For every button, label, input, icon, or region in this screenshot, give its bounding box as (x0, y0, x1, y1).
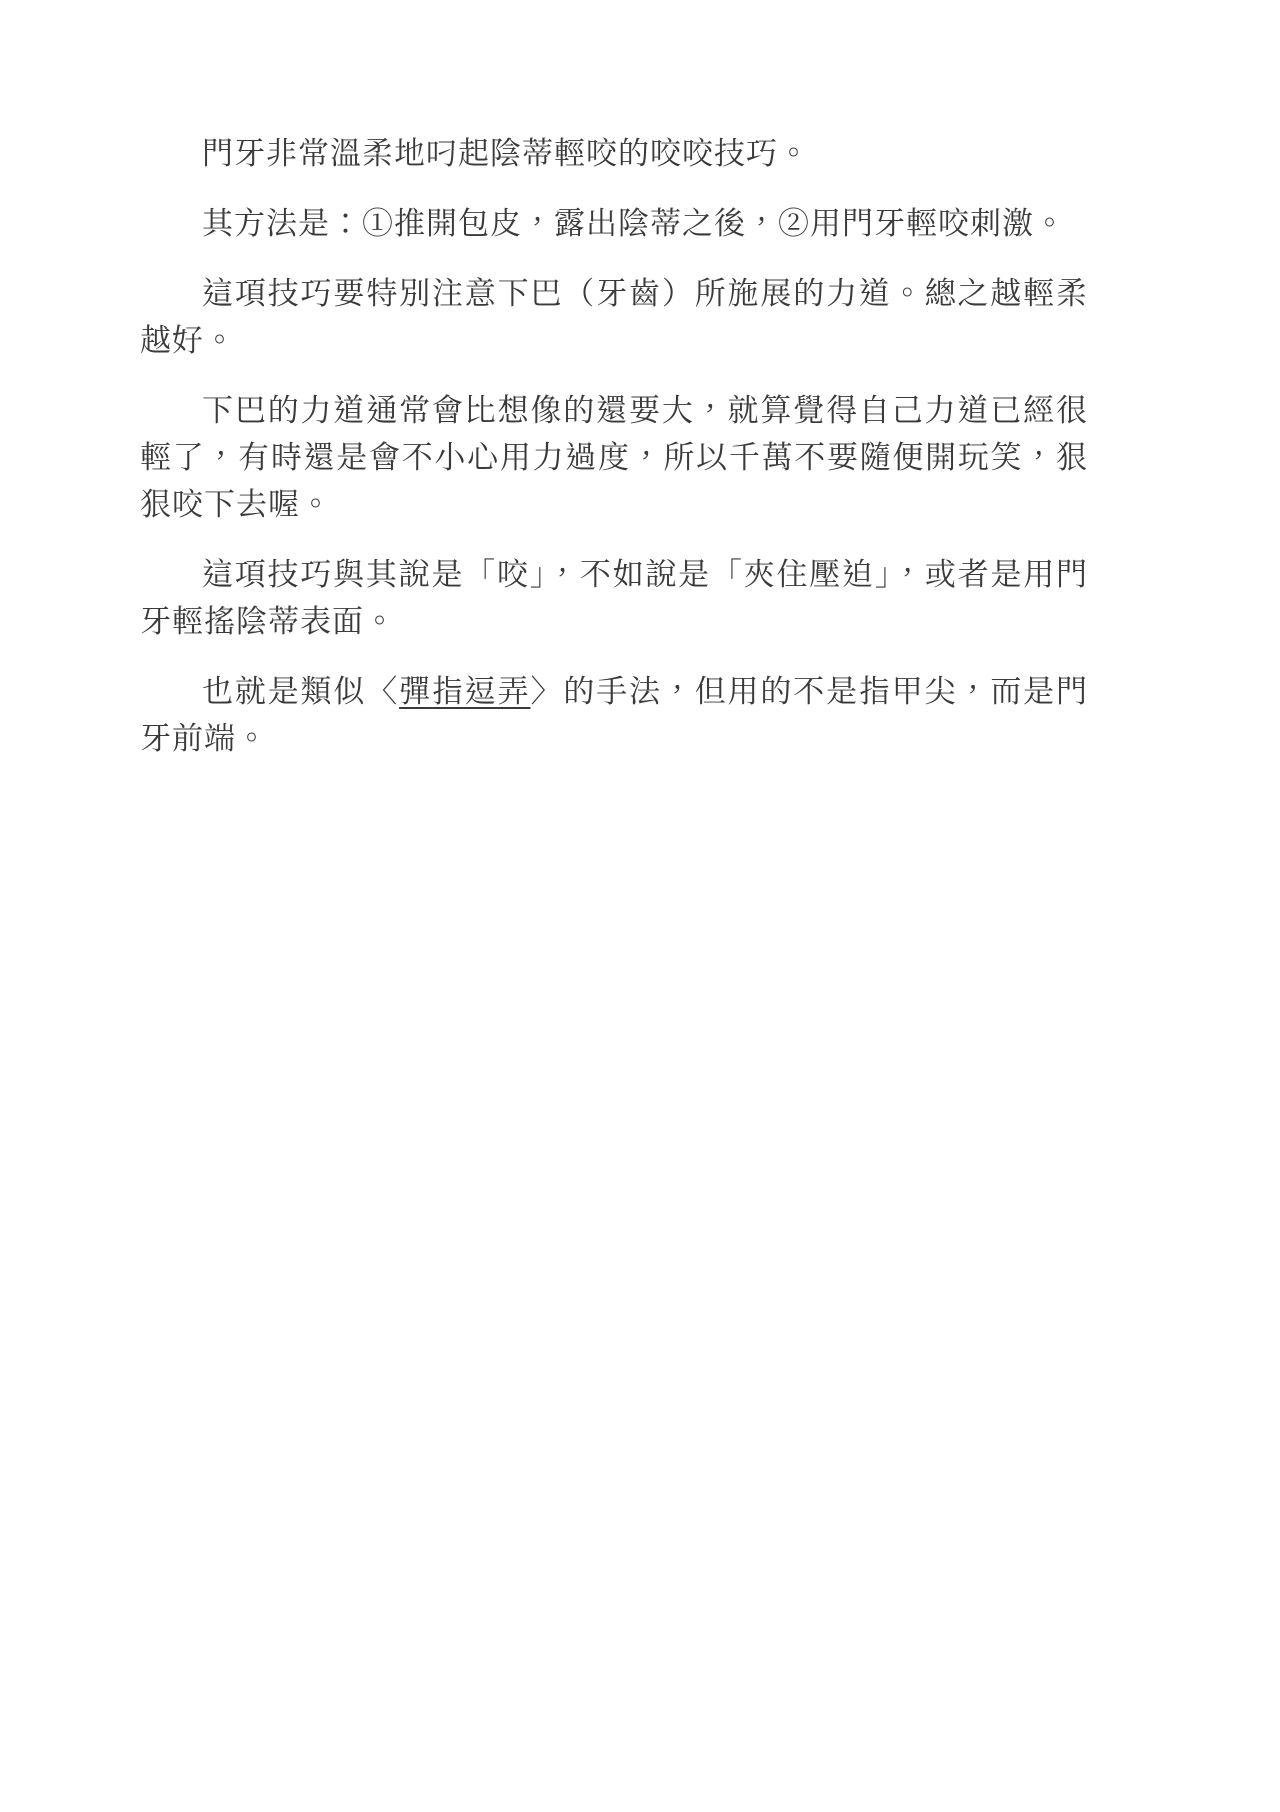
cross-reference-link[interactable]: 彈指逗弄 (399, 674, 530, 709)
paragraph-1: 門牙非常溫柔地叼起陰蒂輕咬的咬咬技巧。 (140, 130, 1088, 177)
paragraph-5: 這項技巧與其說是「咬」，不如說是「夾住壓迫」，或者是用門牙輕搖陰蒂表面。 (140, 551, 1088, 645)
text-content: 門牙非常溫柔地叼起陰蒂輕咬的咬咬技巧。 其方法是：①推開包皮，露出陰蒂之後，②用… (140, 130, 1088, 785)
paragraph-3: 這項技巧要特別注意下巴（牙齒）所施展的力道。總之越輕柔越好。 (140, 270, 1088, 364)
paragraph-2: 其方法是：①推開包皮，露出陰蒂之後，②用門牙輕咬刺激。 (140, 200, 1088, 247)
paragraph-6-text-before: 也就是類似〈 (202, 674, 399, 709)
document-page: 門牙非常溫柔地叼起陰蒂輕咬的咬咬技巧。 其方法是：①推開包皮，露出陰蒂之後，②用… (0, 0, 1280, 1812)
paragraph-4: 下巴的力道通常會比想像的還要大，就算覺得自己力道已經很輕了，有時還是會不小心用力… (140, 387, 1088, 528)
paragraph-6: 也就是類似〈彈指逗弄〉的手法，但用的不是指甲尖，而是門牙前端。 (140, 668, 1088, 762)
